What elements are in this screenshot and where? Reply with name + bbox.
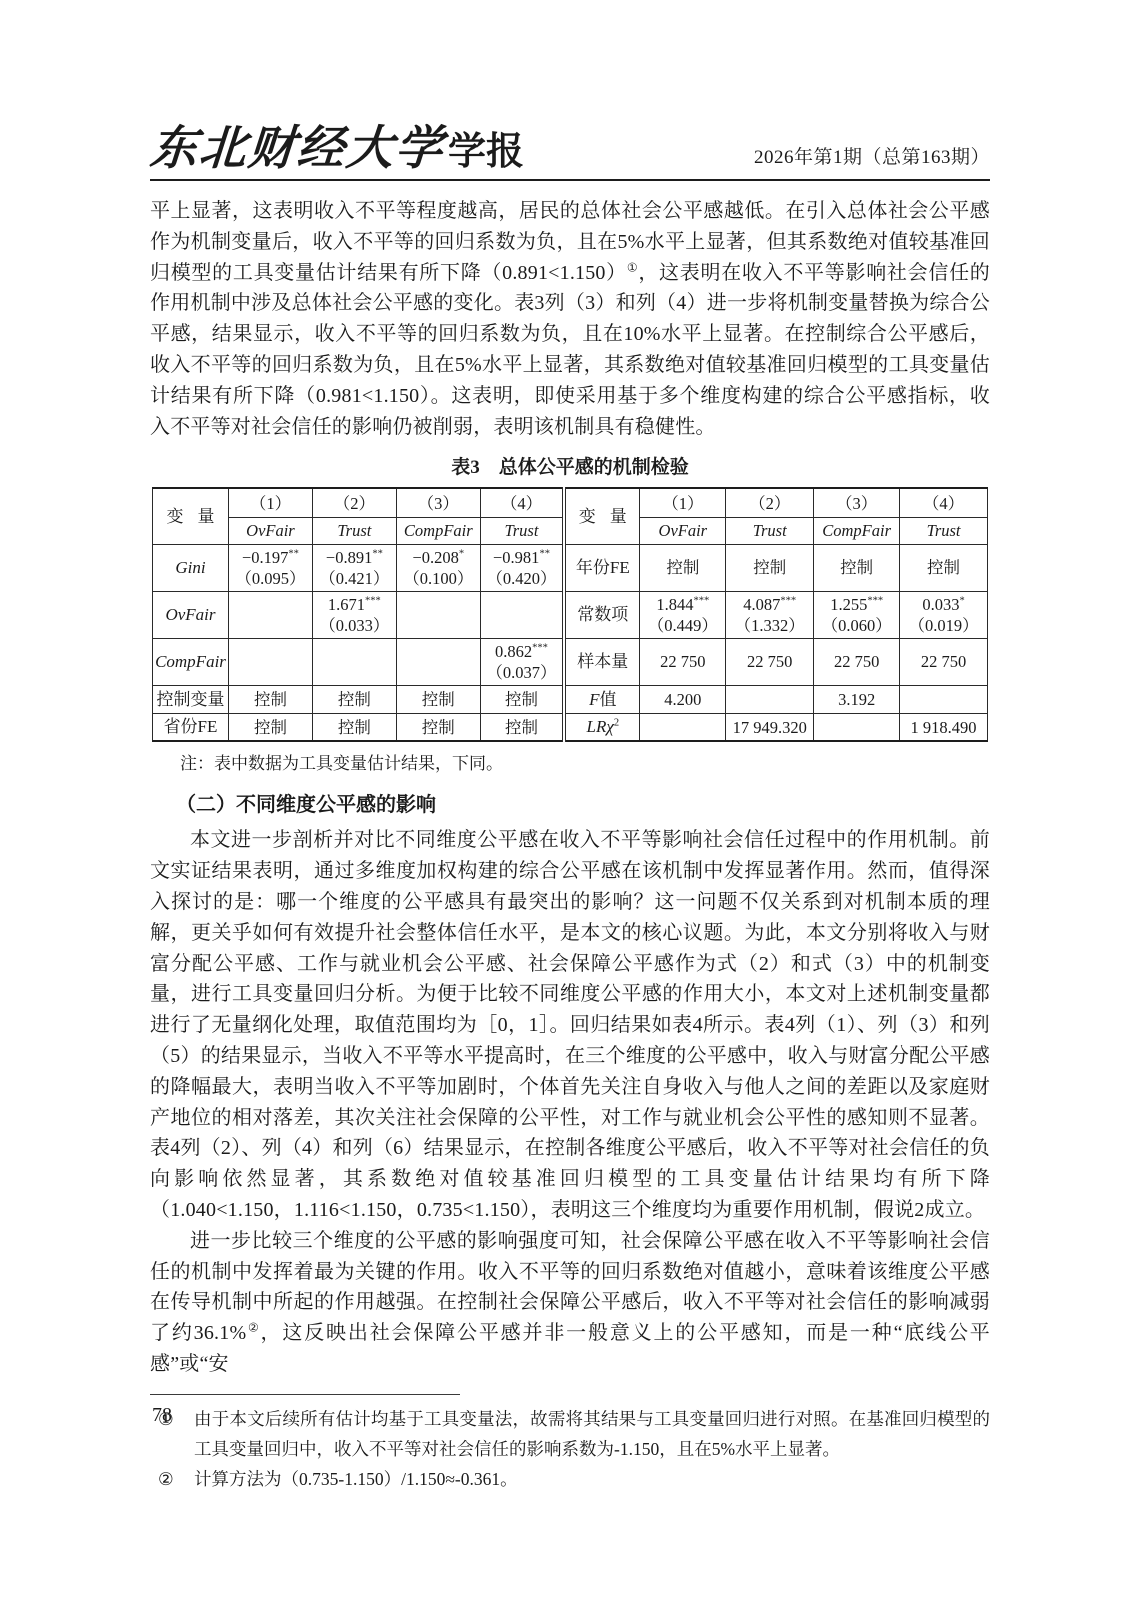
sig-stars: * [459,548,464,559]
page-header: 东北财经大学学报 2026年第1期（总第163期） [150,126,990,181]
table3-title: 表3 总体公平感的机制检验 [150,452,990,479]
coef: 1.844*** [642,594,723,615]
table-cell: （3） [396,488,480,517]
page-number: 78 [152,1404,172,1427]
table-cell: 22 750 [900,638,988,685]
coef-value: −0.981 [493,548,539,567]
coef: −0.197** [231,547,310,568]
table-row-label: 控制变量 [153,685,229,713]
table-row-label: CompFair [153,638,229,685]
table-row-controls-fvalue: 控制变量 控制 控制 控制 控制 F值 4.200 3.192 [153,685,988,713]
sig-stars: *** [780,595,796,606]
table-col-label-right: 变量 [564,488,640,544]
std-error: （0.033） [315,615,394,636]
table-cell: 1.255***（0.060） [814,591,900,638]
table-row: 变量 （1） （2） （3） （4） 变量 （1） （2） （3） （4） [153,488,988,517]
table-cell: CompFair [814,517,900,544]
issue-info: 2026年第1期（总第163期） [754,142,990,173]
table-row-provfe-lrchi: 省份FE 控制 控制 控制 控制 LRχ2 17 949.320 1 918.4… [153,713,988,741]
sig-stars: * [959,595,964,606]
footnote-1-text: 由于本文后续所有估计均基于工具变量法，故需将其结果与工具变量回归进行对照。在基准… [194,1404,990,1464]
table-cell: （3） [814,488,900,517]
table-cell [900,685,988,713]
paragraph-1-text-b: ，这表明在收入不平等影响社会信任的作用机制中涉及总体社会公平感的变化。表3列（3… [150,262,990,438]
footnote-2-text: 计算方法为（0.735-1.150）/1.150≈-0.361。 [194,1464,990,1494]
table-cell: （4） [480,488,564,517]
table-cell: （1） [228,488,312,517]
table-cell: （4） [900,488,988,517]
col-label-text: 变量 [166,507,228,526]
table-cell: 控制 [726,544,814,591]
table-row-label: OvFair [153,591,229,638]
coef-value: −0.197 [242,548,288,567]
table3: 变量 （1） （2） （3） （4） 变量 （1） （2） （3） （4） Ov… [152,487,988,742]
footnote-ref-1: ① [627,260,638,274]
label-italic: LRχ [586,717,613,736]
table-row-label: Gini [153,544,229,591]
table-cell: 17 949.320 [726,713,814,741]
std-error: （0.060） [816,615,897,636]
table-cell: −0.197**（0.095） [228,544,312,591]
sig-stars: *** [532,642,548,653]
sig-stars: *** [867,595,883,606]
table-cell: 3.192 [814,685,900,713]
table-cell: 0.862***（0.037） [480,638,564,685]
table-cell: 控制 [396,713,480,741]
coef-value: −0.208 [412,548,458,567]
table-row-label: LRχ2 [564,713,640,741]
table-cell: 控制 [396,685,480,713]
coef-value: 1.844 [656,595,693,614]
table-cell: （2） [726,488,814,517]
sig-stars: *** [365,595,381,606]
journal-logo: 东北财经大学学报 [150,126,524,173]
table-col-label-left: 变量 [153,488,229,544]
table3-note: 注：表中数据为工具变量估计结果，下同。 [150,749,990,774]
table-row-compfair-samples: CompFair 0.862***（0.037） 样本量 22 750 22 7… [153,638,988,685]
table-cell [480,591,564,638]
table-cell: 控制 [640,544,726,591]
table-cell: 22 750 [640,638,726,685]
table-cell: CompFair [396,517,480,544]
journal-logo-suffix: 学报 [448,131,524,173]
table-cell: −0.981**（0.420） [480,544,564,591]
coef: 4.087*** [728,594,811,615]
sig-stars: *** [694,595,710,606]
table-cell [640,713,726,741]
table-cell: 控制 [228,713,312,741]
coef: −0.208* [399,547,478,568]
coef-value: 0.862 [495,642,532,661]
std-error: （0.095） [231,568,310,589]
footnote-2-marker: ② [150,1464,194,1494]
paragraph-2: 本文进一步剖析并对比不同维度公平感在收入不平等影响社会信任过程中的作用机制。前文… [150,825,990,1225]
coef-value: 1.255 [830,595,867,614]
table-cell [396,638,480,685]
journal-logo-calligraphy: 东北财经大学 [148,126,445,173]
table-cell: 4.087***（1.332） [726,591,814,638]
table-cell [814,713,900,741]
coef: −0.891** [315,547,394,568]
section-heading: （二）不同维度公平感的影响 [150,788,990,817]
table-row-label: F值 [564,685,640,713]
table-cell: 控制 [814,544,900,591]
coef: 0.862*** [483,641,560,662]
coef: 1.255*** [816,594,897,615]
coef: −0.981** [483,547,560,568]
table-cell: OvFair [228,517,312,544]
paragraph-3-text-b: ，这反映出社会保障公平感并非一般意义上的公平感知，而是一种“底线公平感”或“安 [150,1322,990,1375]
table-cell: 控制 [900,544,988,591]
std-error: （1.332） [728,615,811,636]
table-cell: OvFair [640,517,726,544]
footnotes: ① 由于本文后续所有估计均基于工具变量法，故需将其结果与工具变量回归进行对照。在… [150,1404,990,1494]
page-content: 东北财经大学学报 2026年第1期（总第163期） 平上显著，这表明收入不平等程… [150,0,990,1494]
coef-value: 0.033 [922,595,959,614]
label-cn: 值 [599,690,616,709]
table-cell: Trust [900,517,988,544]
table-cell: （2） [312,488,396,517]
table-cell: Trust [312,517,396,544]
table-cell: −0.891**（0.421） [312,544,396,591]
col-label-text: 变量 [579,507,641,526]
table-cell: 0.033*（0.019） [900,591,988,638]
sig-stars: ** [288,548,299,559]
table-cell: 控制 [480,685,564,713]
table-cell: 控制 [312,685,396,713]
table-cell: 控制 [228,685,312,713]
sig-stars: ** [539,548,550,559]
table-cell: −0.208*（0.100） [396,544,480,591]
table-cell [228,591,312,638]
table-cell: 22 750 [814,638,900,685]
table-cell: 控制 [480,713,564,741]
table-cell [396,591,480,638]
table-cell: 1.671***（0.033） [312,591,396,638]
table-cell: 1 918.490 [900,713,988,741]
footnote-2: ② 计算方法为（0.735-1.150）/1.150≈-0.361。 [150,1464,990,1494]
coef-value: 1.671 [328,595,365,614]
footnote-ref-2: ② [246,1320,260,1334]
table-row-ovfair-constant: OvFair 1.671***（0.033） 常数项 1.844***（0.44… [153,591,988,638]
table-cell: 控制 [312,713,396,741]
paragraph-1: 平上显著，这表明收入不平等程度越高，居民的总体社会公平感越低。在引入总体社会公平… [150,196,990,442]
table-cell: Trust [480,517,564,544]
table-cell: 22 750 [726,638,814,685]
journal-page: 东北财经大学学报 2026年第1期（总第163期） 平上显著，这表明收入不平等程… [0,0,1140,1600]
table-cell: 1.844***（0.449） [640,591,726,638]
table-cell [312,638,396,685]
coef: 1.671*** [315,594,394,615]
table-row-gini-yearfe: Gini −0.197**（0.095） −0.891**（0.421） −0.… [153,544,988,591]
sig-stars: ** [372,548,383,559]
table-cell: Trust [726,517,814,544]
table-cell: （1） [640,488,726,517]
label-italic: F [589,690,599,709]
coef-value: 4.087 [743,595,780,614]
table-cell [726,685,814,713]
table-row-label: 省份FE [153,713,229,741]
std-error: （0.100） [399,568,478,589]
footnote-separator [150,1394,460,1395]
coef: 0.033* [902,594,985,615]
table-row-label: 常数项 [564,591,640,638]
table-cell: 4.200 [640,685,726,713]
std-error: （0.019） [902,615,985,636]
std-error: （0.037） [483,662,560,683]
footnote-1: ① 由于本文后续所有估计均基于工具变量法，故需将其结果与工具变量回归进行对照。在… [150,1404,990,1464]
std-error: （0.420） [483,568,560,589]
paragraph-3: 进一步比较三个维度的公平感的影响强度可知，社会保障公平感在收入不平等影响社会信任… [150,1226,990,1380]
std-error: （0.449） [642,615,723,636]
table-row-label: 年份FE [564,544,640,591]
table-cell [228,638,312,685]
coef-value: −0.891 [326,548,372,567]
label-sup: 2 [614,718,619,729]
std-error: （0.421） [315,568,394,589]
table-row-label: 样本量 [564,638,640,685]
